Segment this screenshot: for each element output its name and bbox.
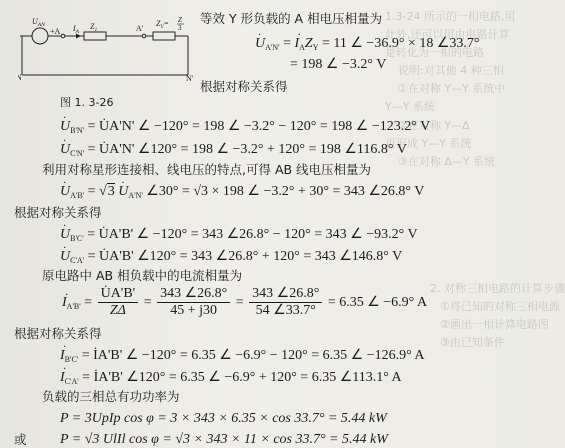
- equation-ub-n: UB'N' = U̇A'N' ∠ −120° = 198 ∠ −3.2° − 1…: [60, 119, 430, 138]
- bleed-text: ③由已知条件: [440, 334, 505, 350]
- fraction: 343 ∠26.8°45 + j30: [157, 286, 230, 319]
- symmetry-text: 根据对称关系得: [200, 79, 288, 94]
- bleed-text: ①在对称 Y—Y 系统中: [398, 80, 505, 96]
- bleed-text: ①将已知的对称三相电源: [440, 298, 560, 314]
- equation-ibc: IB'C' = İA'B' ∠ −120° = 6.35 ∠ −6.9° − 1…: [60, 348, 425, 367]
- circuit-diagram: UAN +A IA Z1 A' ZY= Z 3 N N': [18, 14, 193, 82]
- equation-uca: UC'A' = U̇A'B' ∠120° = 343 ∠26.8° + 120°…: [60, 249, 402, 268]
- equation-ua-n: UA'N' = IAZY = 11 ∠ −36.9° × 18 ∠33.7°: [255, 36, 479, 55]
- bleed-text: ②画出一相计算电路图: [440, 316, 549, 332]
- symmetry-text-3: 根据对称关系得: [14, 326, 102, 341]
- current-intro-text: 原电路中 AB 相负载中的电流相量为: [42, 268, 242, 283]
- symmetry-text-2: 根据对称关系得: [14, 205, 102, 220]
- equation-power-line: P = √3 UlIl cos φ = √3 × 343 × 11 × cos …: [60, 432, 388, 447]
- svg-text:N': N': [186, 74, 193, 82]
- document-page: 1.3-24 所示的一相电路,用 此外,还可以用由电路计算 是转化为一相的电路 …: [0, 0, 565, 448]
- power-intro-text: 负载的三相总有功功率为: [42, 389, 180, 404]
- bleed-text: 1.3-24 所示的一相电路,用: [385, 8, 515, 24]
- fraction: U̇A'B'ZΔ: [98, 286, 139, 319]
- svg-text:IA: IA: [72, 24, 80, 35]
- svg-text:N: N: [18, 73, 22, 82]
- bleed-text: 2. 对称三相电路的计算步骤: [430, 280, 565, 296]
- bleed-text: ③在对称 Δ—Y 系统: [398, 153, 495, 169]
- equation-ica: IC'A' = İA'B' ∠120° = 6.35 ∠ −6.9° + 120…: [60, 370, 402, 389]
- fraction: 343 ∠26.8°54 ∠33.7°: [249, 286, 322, 319]
- intro-text: 等效 Y 形负载的 A 相电压相量为: [200, 11, 382, 26]
- star-connection-text: 利用对称星形连接相、线电压的特点,可得 AB 线电压相量为: [42, 162, 371, 177]
- svg-text:Z: Z: [178, 16, 182, 24]
- equation-ubc: UB'C' = U̇A'B' ∠ −120° = 343 ∠26.8° − 12…: [60, 227, 418, 246]
- svg-text:3: 3: [178, 24, 182, 32]
- equation-power-phase: P = 3UpIp cos φ = 3 × 343 × 6.35 × cos 3…: [60, 411, 387, 426]
- equation-uab: UA'B' = √3 UA'N' ∠30° = √3 × 198 ∠ −3.2°…: [60, 184, 424, 203]
- equation-iab: IA'B' = U̇A'B'ZΔ = 343 ∠26.8°45 + j30 = …: [62, 286, 427, 324]
- equation-ua-n-result: = 198 ∠ −3.2° V: [290, 57, 386, 72]
- bleed-text: Y—Y 系统: [385, 98, 435, 114]
- or-label: 或: [14, 432, 27, 447]
- svg-text:+A: +A: [50, 27, 61, 36]
- equation-uc-n: UC'N' = U̇A'N' ∠120° = 198 ∠ −3.2° + 120…: [60, 142, 407, 161]
- svg-text:Z1: Z1: [90, 22, 97, 33]
- source-label: UAN: [32, 17, 45, 28]
- figure-caption: 图 1. 3-26: [60, 94, 113, 110]
- bleed-text: 说明:对其他 4 种三相: [398, 62, 504, 78]
- svg-text:A': A': [136, 24, 144, 33]
- svg-text:ZY=: ZY=: [156, 19, 169, 30]
